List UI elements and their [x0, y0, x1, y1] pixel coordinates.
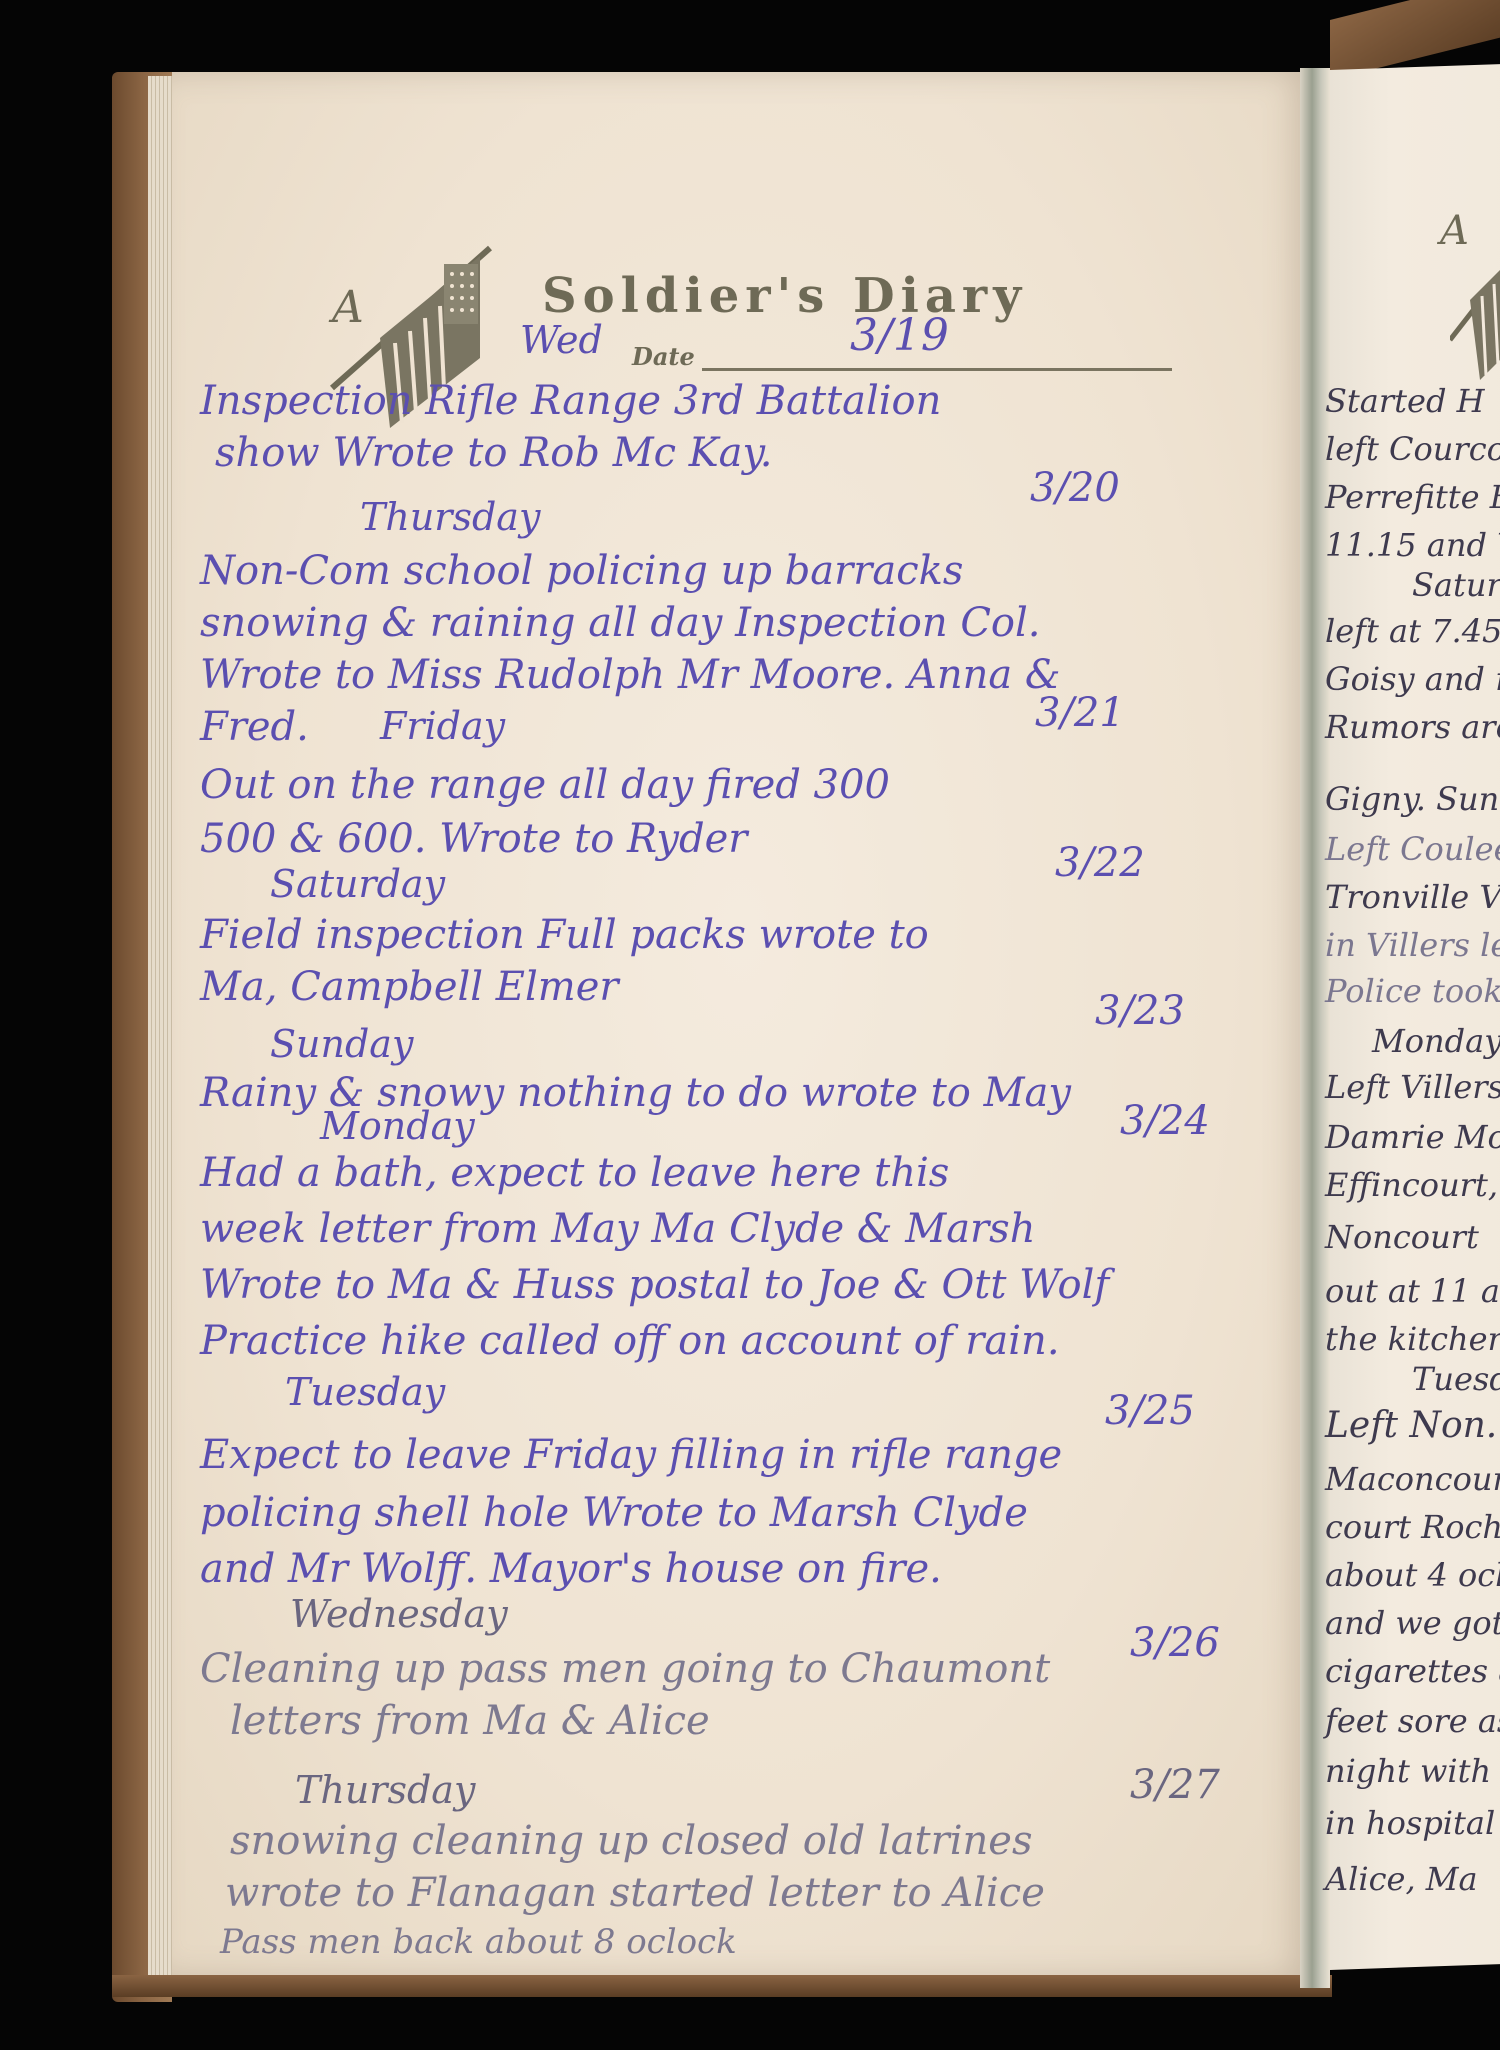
right-page-line: Gigny. Sun: [1325, 780, 1499, 818]
entry-date: 3/25: [1105, 1388, 1195, 1434]
entry-line: Cleaning up pass men going to Chaumont: [200, 1646, 1050, 1692]
right-page-line: Perrefitte Be: [1325, 478, 1500, 516]
right-page-line: Maconcourt: [1325, 1460, 1500, 1498]
entry-line: Field inspection Full packs wrote to: [200, 912, 929, 958]
date-label: Date: [632, 342, 695, 371]
entry-date: 3/24: [1120, 1098, 1210, 1144]
right-page-line: Left Coulee: [1325, 830, 1500, 868]
entry-date: 3/26: [1130, 1620, 1220, 1666]
entry-date: 3/20: [1030, 465, 1120, 511]
right-page-line: the kitchen: [1325, 1320, 1500, 1358]
entry-line: Wrote to Ma & Huss postal to Joe & Ott W…: [200, 1262, 1109, 1308]
entry-day: Thursday: [295, 1768, 475, 1812]
entry-day: Wed: [520, 318, 603, 362]
entry-line: Pass men back about 8 oclock: [220, 1922, 737, 1962]
entry-line: wrote to Flanagan started letter to Alic…: [225, 1870, 1045, 1916]
right-page-line: in Villers le se: [1325, 926, 1500, 964]
book-cover-bottom: [112, 1975, 1332, 1997]
right-page-line: Damrie Morle: [1325, 1118, 1500, 1156]
entry-day: Saturday: [270, 862, 445, 906]
entry-date: 3/22: [1055, 840, 1145, 886]
right-page-line: 11.15 and Vil: [1325, 526, 1500, 564]
right-page-line: Tuesd: [1412, 1360, 1500, 1398]
entry-day: Thursday: [360, 495, 540, 539]
right-page-text: A Started H left Courcou Perrefitte Be 1…: [1322, 60, 1500, 1990]
entry-day: Wednesday: [290, 1592, 508, 1636]
right-page-line: Left Villers l: [1325, 1068, 1500, 1106]
entry-date: 3/23: [1095, 988, 1185, 1034]
right-page-line: Tronville Vill: [1325, 878, 1500, 916]
entry-line: letters from Ma & Alice: [230, 1698, 710, 1744]
entry-line: Fred.: [200, 704, 309, 750]
printed-header: A Soldier's Diary Date: [310, 230, 1190, 380]
right-page-line: Goisy and r: [1325, 660, 1500, 698]
american-flag-icon: [1450, 230, 1500, 380]
right-page-line: Noncourt: [1325, 1218, 1479, 1256]
right-page-line: feet sore as: [1325, 1702, 1500, 1740]
entry-day: Sunday: [270, 1022, 413, 1066]
right-page-line: left at 7.45: [1325, 612, 1500, 650]
right-page-line: out at 11 a.m: [1325, 1272, 1500, 1310]
entry-line: Expect to leave Friday filling in rifle …: [200, 1432, 1062, 1478]
right-page-line: in hospital: [1325, 1804, 1495, 1842]
right-page-line: Started H: [1325, 382, 1485, 420]
entry-line: snowing & raining all day Inspection Col…: [200, 600, 1041, 646]
entry-line: Non-Com school policing up barracks: [200, 548, 963, 594]
entry-line: Practice hike called off on account of r…: [200, 1318, 1060, 1364]
entry-line: Had a bath, expect to leave here this: [200, 1150, 949, 1196]
entry-date: 3/21: [1035, 690, 1125, 736]
date-rule: [702, 368, 1172, 371]
entry-date: 3/19: [850, 310, 949, 361]
right-page-line: Police took owa: [1325, 972, 1500, 1010]
entry-line: Inspection Rifle Range 3rd Battalion: [200, 378, 941, 424]
entry-line: Ma, Campbell Elmer: [200, 964, 619, 1010]
right-page-line: about 4 oclo: [1325, 1556, 1500, 1594]
entry-line: Wrote to Miss Rudolph Mr Moore. Anna &: [200, 652, 1061, 698]
right-page-line: court Rochest: [1325, 1508, 1500, 1546]
right-page-line: Rumors are: [1325, 708, 1500, 746]
entry-day: Friday: [380, 704, 505, 748]
right-page-line: Monday: [1372, 1022, 1500, 1060]
entry-line: snowing cleaning up closed old latrines: [230, 1818, 1033, 1864]
header-prefix: A: [332, 282, 364, 333]
entry-line: show Wrote to Rob Mc Kay.: [215, 430, 773, 476]
entry-date: 3/27: [1130, 1762, 1220, 1808]
entry-line: 500 & 600. Wrote to Ryder: [200, 816, 747, 862]
right-page-line: and we got: [1325, 1604, 1500, 1642]
diary-title: Soldier's Diary: [542, 268, 1027, 324]
entry-line: policing shell hole Wrote to Marsh Clyde: [200, 1490, 1028, 1536]
entry-line: week letter from May Ma Clyde & Marsh: [200, 1206, 1035, 1252]
right-page-line: cigarettes and: [1325, 1652, 1500, 1690]
entry-line: Out on the range all day fired 300: [200, 762, 890, 808]
right-page-line: Alice, Ma: [1325, 1860, 1478, 1898]
right-page-line: Saturd: [1412, 566, 1500, 604]
right-page-line: left Courcou: [1325, 430, 1500, 468]
entry-day: Monday: [320, 1104, 475, 1148]
right-page-line: Effincourt, R: [1325, 1166, 1500, 1204]
right-page-line: night with: [1325, 1752, 1491, 1790]
entry-day: Tuesday: [285, 1370, 445, 1414]
entry-line: and Mr Wolff. Mayor's house on fire.: [200, 1546, 942, 1592]
right-page-line: Left Non. co: [1325, 1405, 1500, 1446]
